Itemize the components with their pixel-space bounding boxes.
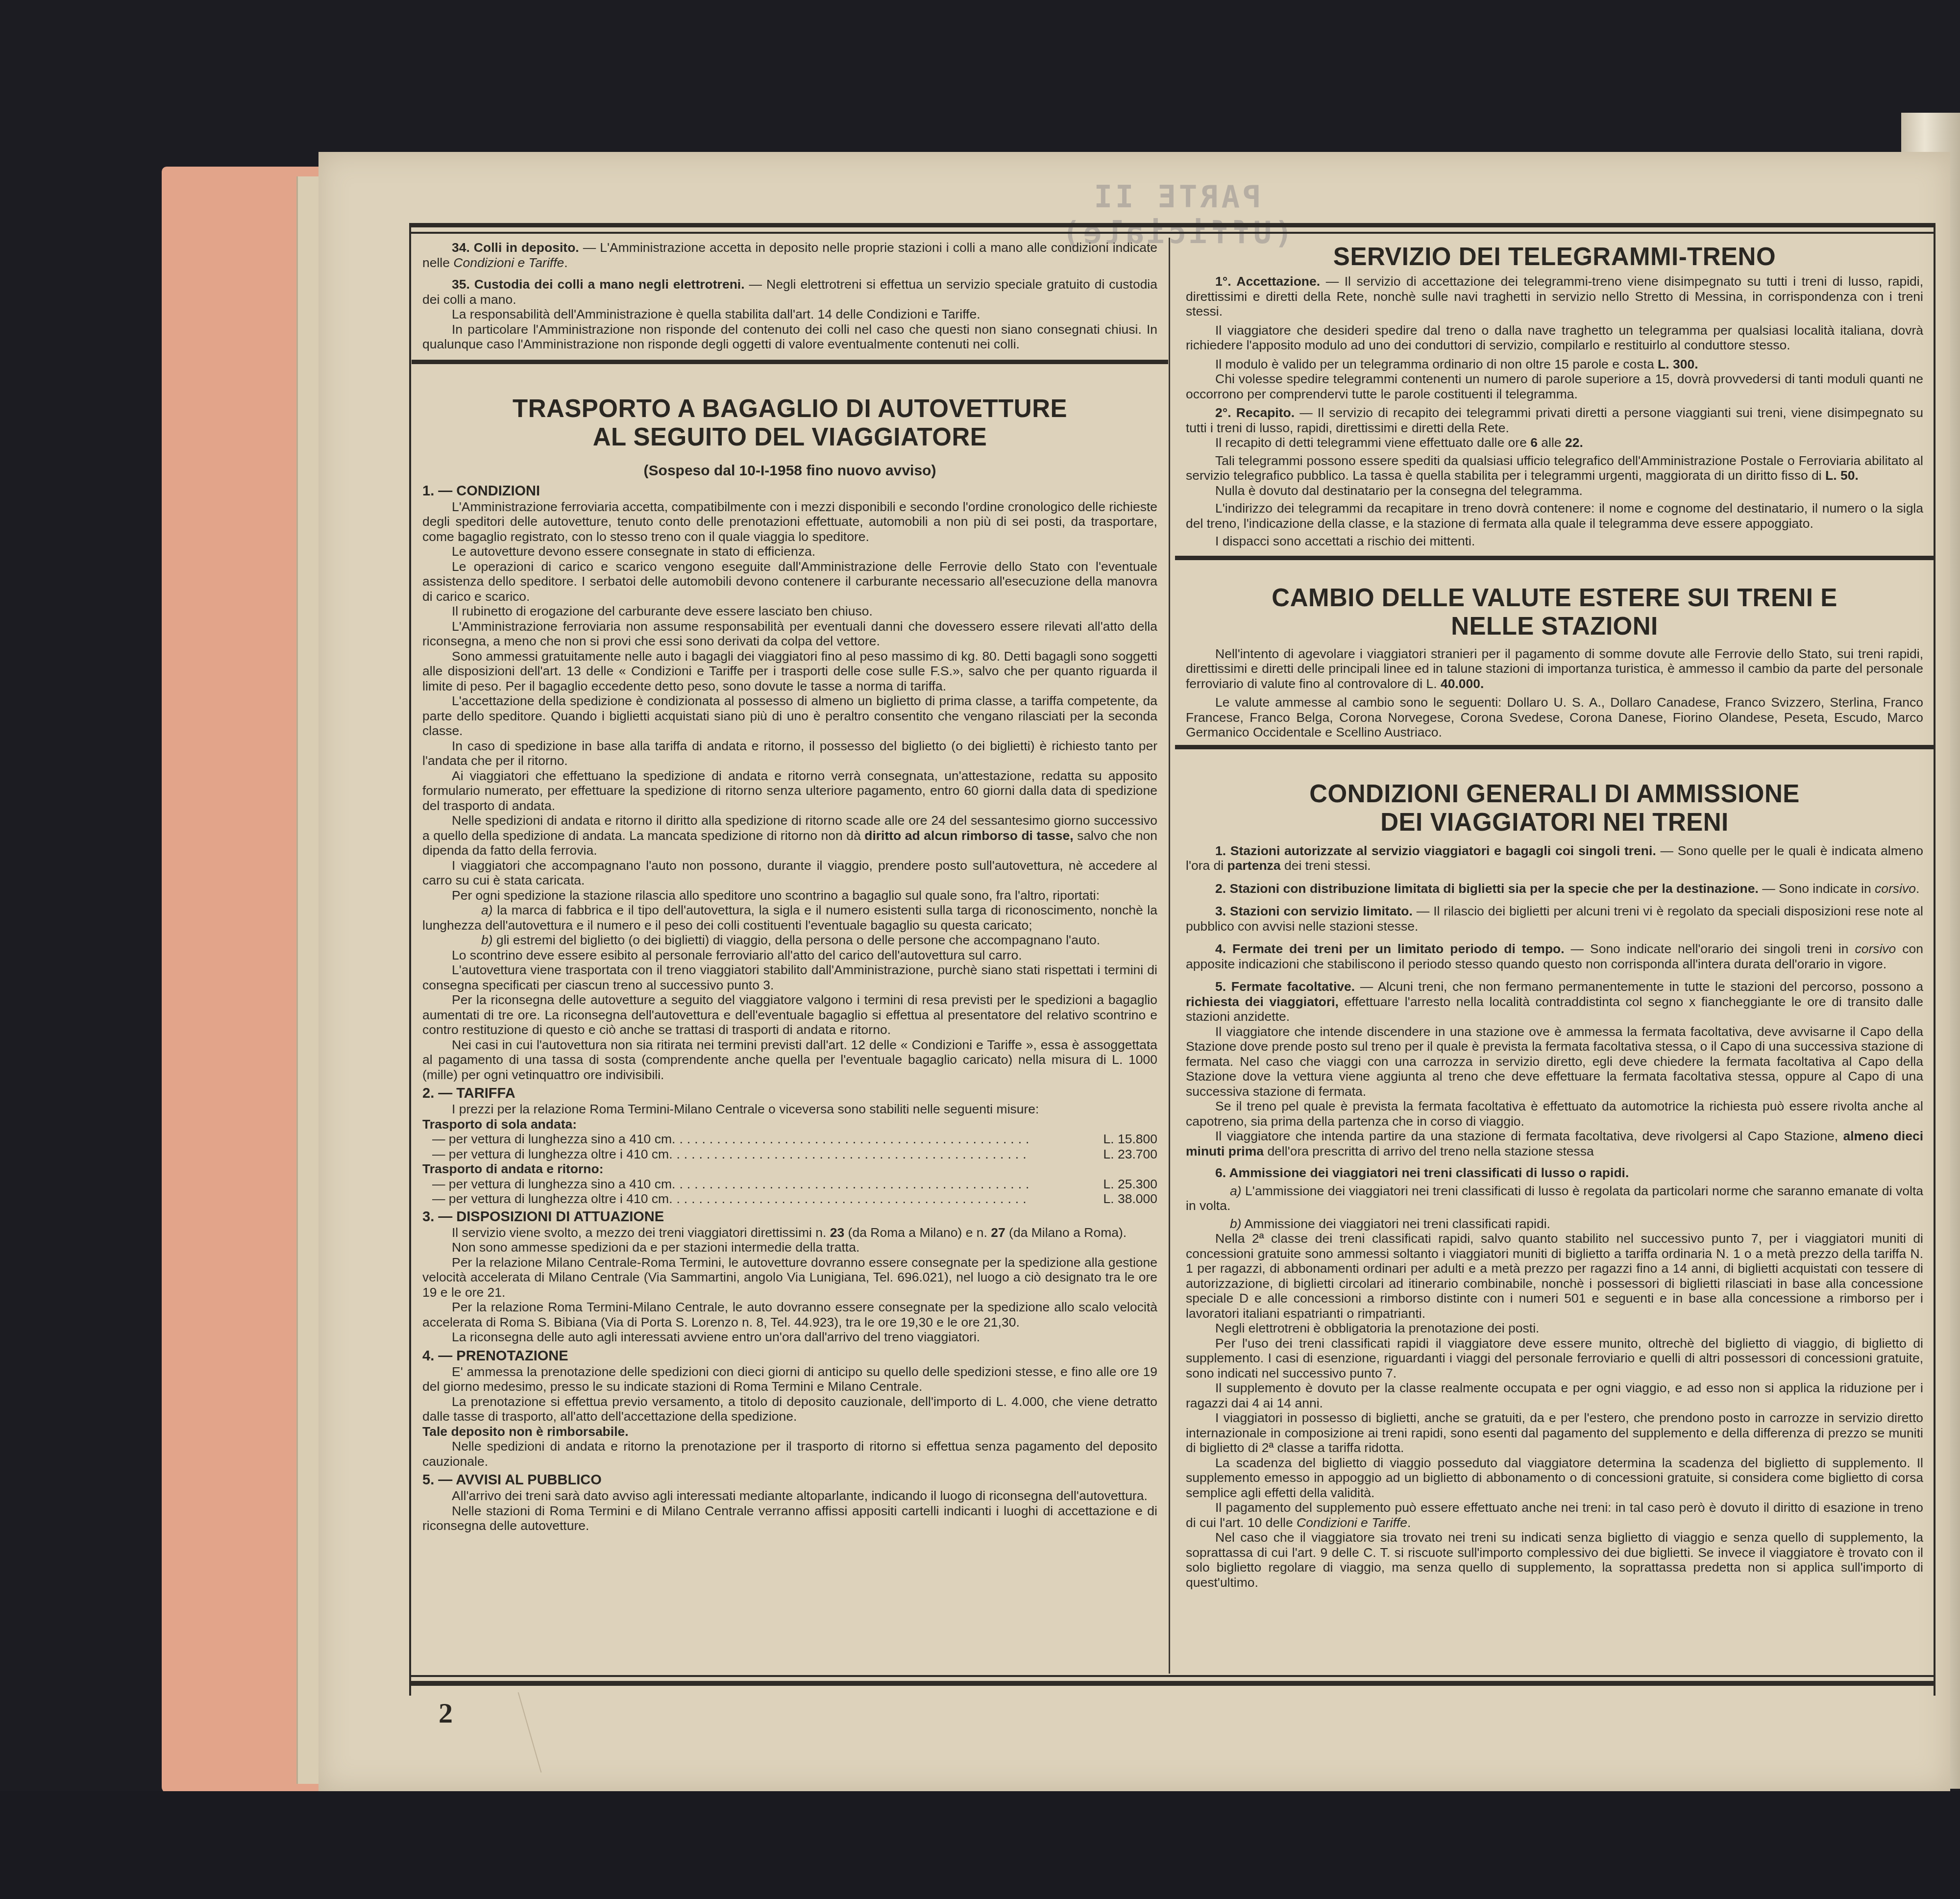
paragraph: Non sono ammesse spedizioni da e per sta…: [422, 1240, 1157, 1255]
section-4-paragraphs: E' ammessa la prenotazione delle spedizi…: [422, 1364, 1157, 1424]
paragraph: Per la riconsegna delle autovetture a se…: [422, 992, 1157, 1037]
frame-rule-top: [409, 223, 1935, 227]
paragraph: Sono ammessi gratuitamente nelle auto i …: [422, 649, 1157, 694]
tariffa-intro: I prezzi per la relazione Roma Termini-M…: [422, 1102, 1157, 1117]
item-35: 35. Custodia dei colli a mano negli elet…: [422, 277, 1157, 307]
section-1-heading: 1. — CONDIZIONI: [422, 483, 1157, 499]
condizioni-item-1: 1. Stazioni autorizzate al servizio viag…: [1186, 843, 1923, 873]
condizioni-item-5-p3: Se il treno pel quale è prevista la ferm…: [1186, 1099, 1923, 1129]
right-column: SERVIZIO DEI TELEGRAMMI-TRENO 1°. Accett…: [1186, 238, 1923, 1590]
paragraph: I viaggiatori in possesso di biglietti, …: [1186, 1410, 1923, 1455]
paragraph: Per l'uso dei treni classificati rapidi …: [1186, 1336, 1923, 1381]
condizioni-item-6-pagamento: Il pagamento del supplemento può essere …: [1186, 1500, 1923, 1530]
paragraph: Lo scontrino deve essere esibito al pers…: [422, 948, 1157, 963]
condizioni-title-line1: CONDIZIONI GENERALI DI AMMISSIONE: [1186, 780, 1923, 808]
condizioni-item-5: 5. Fermate facoltative. — Alcuni treni, …: [1186, 979, 1923, 1024]
leader-dots: ........................................…: [677, 1147, 1071, 1162]
paragraph: Le operazioni di carico e scarico vengon…: [422, 559, 1157, 604]
tariff-row: — per vettura di lunghezza sino a 410 cm…: [422, 1177, 1157, 1192]
accettazione-paragraph: 1°. Accettazione. — Il servizio di accet…: [1186, 274, 1923, 319]
treni-paragraph: Il servizio viene svolto, a mezzo dei tr…: [422, 1225, 1157, 1240]
paragraph: Il rubinetto di erogazione del carburant…: [422, 604, 1157, 619]
paragraph: All'arrivo dei treni sarà dato avviso ag…: [422, 1488, 1157, 1504]
paragraph: Nella 2ª classe dei treni classificati r…: [1186, 1231, 1923, 1321]
recapito-paragraph: 2°. Recapito. — Il servizio di recapito …: [1186, 405, 1923, 435]
section-3-heading: 3. — DISPOSIZIONI DI ATTUAZIONE: [422, 1208, 1157, 1225]
item-35-p3: In particolare l'Amministrazione non ris…: [422, 322, 1157, 352]
paragraph: La riconsegna delle auto agli interessat…: [422, 1330, 1157, 1345]
tariff-table: Trasporto di sola andata:— per vettura d…: [422, 1117, 1157, 1207]
condizioni-item-6b: b) Ammissione dei viaggiatori nei treni …: [1186, 1216, 1923, 1232]
tariff-amount: L. 23.700: [1074, 1147, 1157, 1162]
leader-dots: ........................................…: [679, 1132, 1070, 1147]
telegrammi-p4: Chi volesse spedire telegrammi contenent…: [1186, 371, 1923, 401]
section-1-paragraphs: L'Amministrazione ferroviaria accetta, c…: [422, 499, 1157, 814]
paragraph: Negli elettrotreni è obbligatoria la pre…: [1186, 1321, 1923, 1336]
refund-paragraph: Nelle spedizioni di andata e ritorno il …: [422, 813, 1157, 858]
deposit-notice: Tale deposito non è rimborsabile.: [422, 1424, 1157, 1439]
background-shadow: [0, 1791, 1960, 1899]
trasporto-subtitle: (Sospeso dal 10-I-1958 fino nuovo avviso…: [422, 462, 1157, 480]
condizioni-title-line2: DEI VIAGGIATORI NEI TRENI: [1186, 808, 1923, 837]
page-number: 2: [439, 1697, 453, 1729]
paragraph: L'Amministrazione ferroviaria accetta, c…: [422, 499, 1157, 544]
section-3-paragraphs: Non sono ammesse spedizioni da e per sta…: [422, 1240, 1157, 1345]
condizioni-item-5-p2: Il viaggiatore che intende discendere in…: [1186, 1024, 1923, 1099]
tariff-amount: L. 15.800: [1074, 1132, 1157, 1147]
condizioni-item-3: 3. Stazioni con servizio limitato. — Il …: [1186, 904, 1923, 934]
telegrammi-p8: Nulla è dovuto dal destinatario per la c…: [1186, 483, 1923, 498]
section-5-heading: 5. — AVVISI AL PUBBLICO: [422, 1472, 1157, 1488]
left-column: 34. Colli in deposito. — L'Amministrazio…: [422, 234, 1157, 1533]
condizioni-item-6: 6. Ammissione dei viaggiatori nei treni …: [1186, 1165, 1923, 1181]
tariff-group-label: Trasporto di andata e ritorno:: [422, 1161, 1157, 1177]
cambio-title-line2: NELLE STAZIONI: [1186, 612, 1923, 641]
cambio-p1: Nell'intento di agevolare i viaggiatori …: [1186, 646, 1923, 691]
tariff-description: — per vettura di lunghezza oltre i 410 c…: [432, 1191, 673, 1207]
paragraph: La scadenza del biglietto di viaggio pos…: [1186, 1455, 1923, 1501]
paragraph: L'autovettura viene trasportata con il t…: [422, 962, 1157, 992]
leader-dots: ........................................…: [679, 1177, 1070, 1192]
column-divider: [1169, 238, 1170, 1674]
paragraph: Le autovetture devono essere consegnate …: [422, 544, 1157, 559]
tariff-description: — per vettura di lunghezza oltre i 410 c…: [432, 1147, 673, 1162]
paragraph: I viaggiatori che accompagnano l'auto no…: [422, 858, 1157, 888]
tariff-amount: L. 38.000: [1074, 1191, 1157, 1207]
condizioni-item-4: 4. Fermate dei treni per un limitato per…: [1186, 941, 1923, 971]
paragraph: Per la relazione Roma Termini-Milano Cen…: [422, 1300, 1157, 1330]
section-4-heading: 4. — PRENOTAZIONE: [422, 1348, 1157, 1364]
paragraph: Nei casi in cui l'autovettura non sia ri…: [422, 1037, 1157, 1083]
section-rule: [1175, 556, 1934, 560]
item-35-p2: La responsabilità dell'Amministrazione è…: [422, 307, 1157, 322]
condizioni-item-2: 2. Stazioni con distribuzione limitata d…: [1186, 881, 1923, 896]
telegrammi-p3: Il modulo è valido per un telegramma ord…: [1186, 357, 1923, 372]
condizioni-item-6a: a) L'ammissione dei viaggiatori nei tren…: [1186, 1184, 1923, 1213]
paragraph: Ai viaggiatori che effettuano la spedizi…: [422, 768, 1157, 814]
item-34: 34. Colli in deposito. — L'Amministrazio…: [422, 240, 1157, 270]
trasporto-title-line1: TRASPORTO A BAGAGLIO DI AUTOVETTURE: [422, 395, 1157, 423]
item-a: a) la marca di fabbrica e il tipo dell'a…: [422, 903, 1157, 933]
frame-rule-top-thin: [409, 232, 1935, 234]
section-2-heading: 2. — TARIFFA: [422, 1085, 1157, 1102]
telegrammi-p9: L'indirizzo dei telegrammi da recapitare…: [1186, 501, 1923, 531]
paragraph: E' ammessa la prenotazione delle spedizi…: [422, 1364, 1157, 1394]
tariff-amount: L. 25.300: [1074, 1177, 1157, 1192]
tariff-row: — per vettura di lunghezza oltre i 410 c…: [422, 1191, 1157, 1207]
telegrammi-title: SERVIZIO DEI TELEGRAMMI-TRENO: [1186, 243, 1923, 271]
cambio-p2: Le valute ammesse al cambio sono le segu…: [1186, 695, 1923, 740]
section-rule: [1175, 745, 1934, 749]
tariff-description: — per vettura di lunghezza sino a 410 cm…: [432, 1177, 675, 1192]
tariff-row: — per vettura di lunghezza sino a 410 cm…: [422, 1132, 1157, 1147]
cambio-title-line1: CAMBIO DELLE VALUTE ESTERE SUI TRENI E: [1186, 584, 1923, 612]
tariff-row: — per vettura di lunghezza oltre i 410 c…: [422, 1147, 1157, 1162]
paragraph: Nelle stazioni di Roma Termini e di Mila…: [422, 1504, 1157, 1533]
paragraph: L'accettazione della spedizione è condiz…: [422, 693, 1157, 739]
leader-dots: ........................................…: [677, 1191, 1071, 1207]
section-rule: [412, 360, 1168, 364]
trasporto-title-line2: AL SEGUITO DEL VIAGGIATORE: [422, 423, 1157, 451]
section-5-paragraphs: All'arrivo dei treni sarà dato avviso ag…: [422, 1488, 1157, 1533]
tariff-description: — per vettura di lunghezza sino a 410 cm…: [432, 1132, 675, 1147]
frame-rule-bottom-thin: [409, 1675, 1935, 1677]
paragraph: La prenotazione si effettua previo versa…: [422, 1394, 1157, 1424]
paragraph: Per ogni spedizione la stazione rilascia…: [422, 888, 1157, 903]
condizioni-item-5-p4: Il viaggiatore che intenda partire da un…: [1186, 1129, 1923, 1159]
telegrammi-p7: Tali telegrammi possono essere spediti d…: [1186, 453, 1923, 483]
telegrammi-p10: I dispacci sono accettati a rischio dei …: [1186, 534, 1923, 549]
paragraph: Per la relazione Milano Centrale-Roma Te…: [422, 1255, 1157, 1300]
condizioni-item-6-paragraphs: Nella 2ª classe dei treni classificati r…: [1186, 1231, 1923, 1500]
section-1-paragraphs-2: I viaggiatori che accompagnano l'auto no…: [422, 858, 1157, 903]
paragraph: In caso di spedizione in base alla tarif…: [422, 739, 1157, 768]
section-1-paragraphs-3: Lo scontrino deve essere esibito al pers…: [422, 948, 1157, 1083]
paragraph: Il supplemento è dovuto per la classe re…: [1186, 1381, 1923, 1410]
frame-rule-bottom: [409, 1681, 1935, 1686]
item-b: b) gli estremi del biglietto (o dei bigl…: [422, 933, 1157, 948]
section-4-p3: Nelle spedizioni di andata e ritorno la …: [422, 1439, 1157, 1469]
paragraph: L'Amministrazione ferroviaria non assume…: [422, 619, 1157, 649]
telegrammi-p2: Il viaggiatore che desideri spedire dal …: [1186, 323, 1923, 353]
telegrammi-p6: Il recapito di detti telegrammi viene ef…: [1186, 435, 1923, 450]
condizioni-item-6-final: Nel caso che il viaggiatore sia trovato …: [1186, 1530, 1923, 1590]
tariff-group-label: Trasporto di sola andata:: [422, 1117, 1157, 1132]
